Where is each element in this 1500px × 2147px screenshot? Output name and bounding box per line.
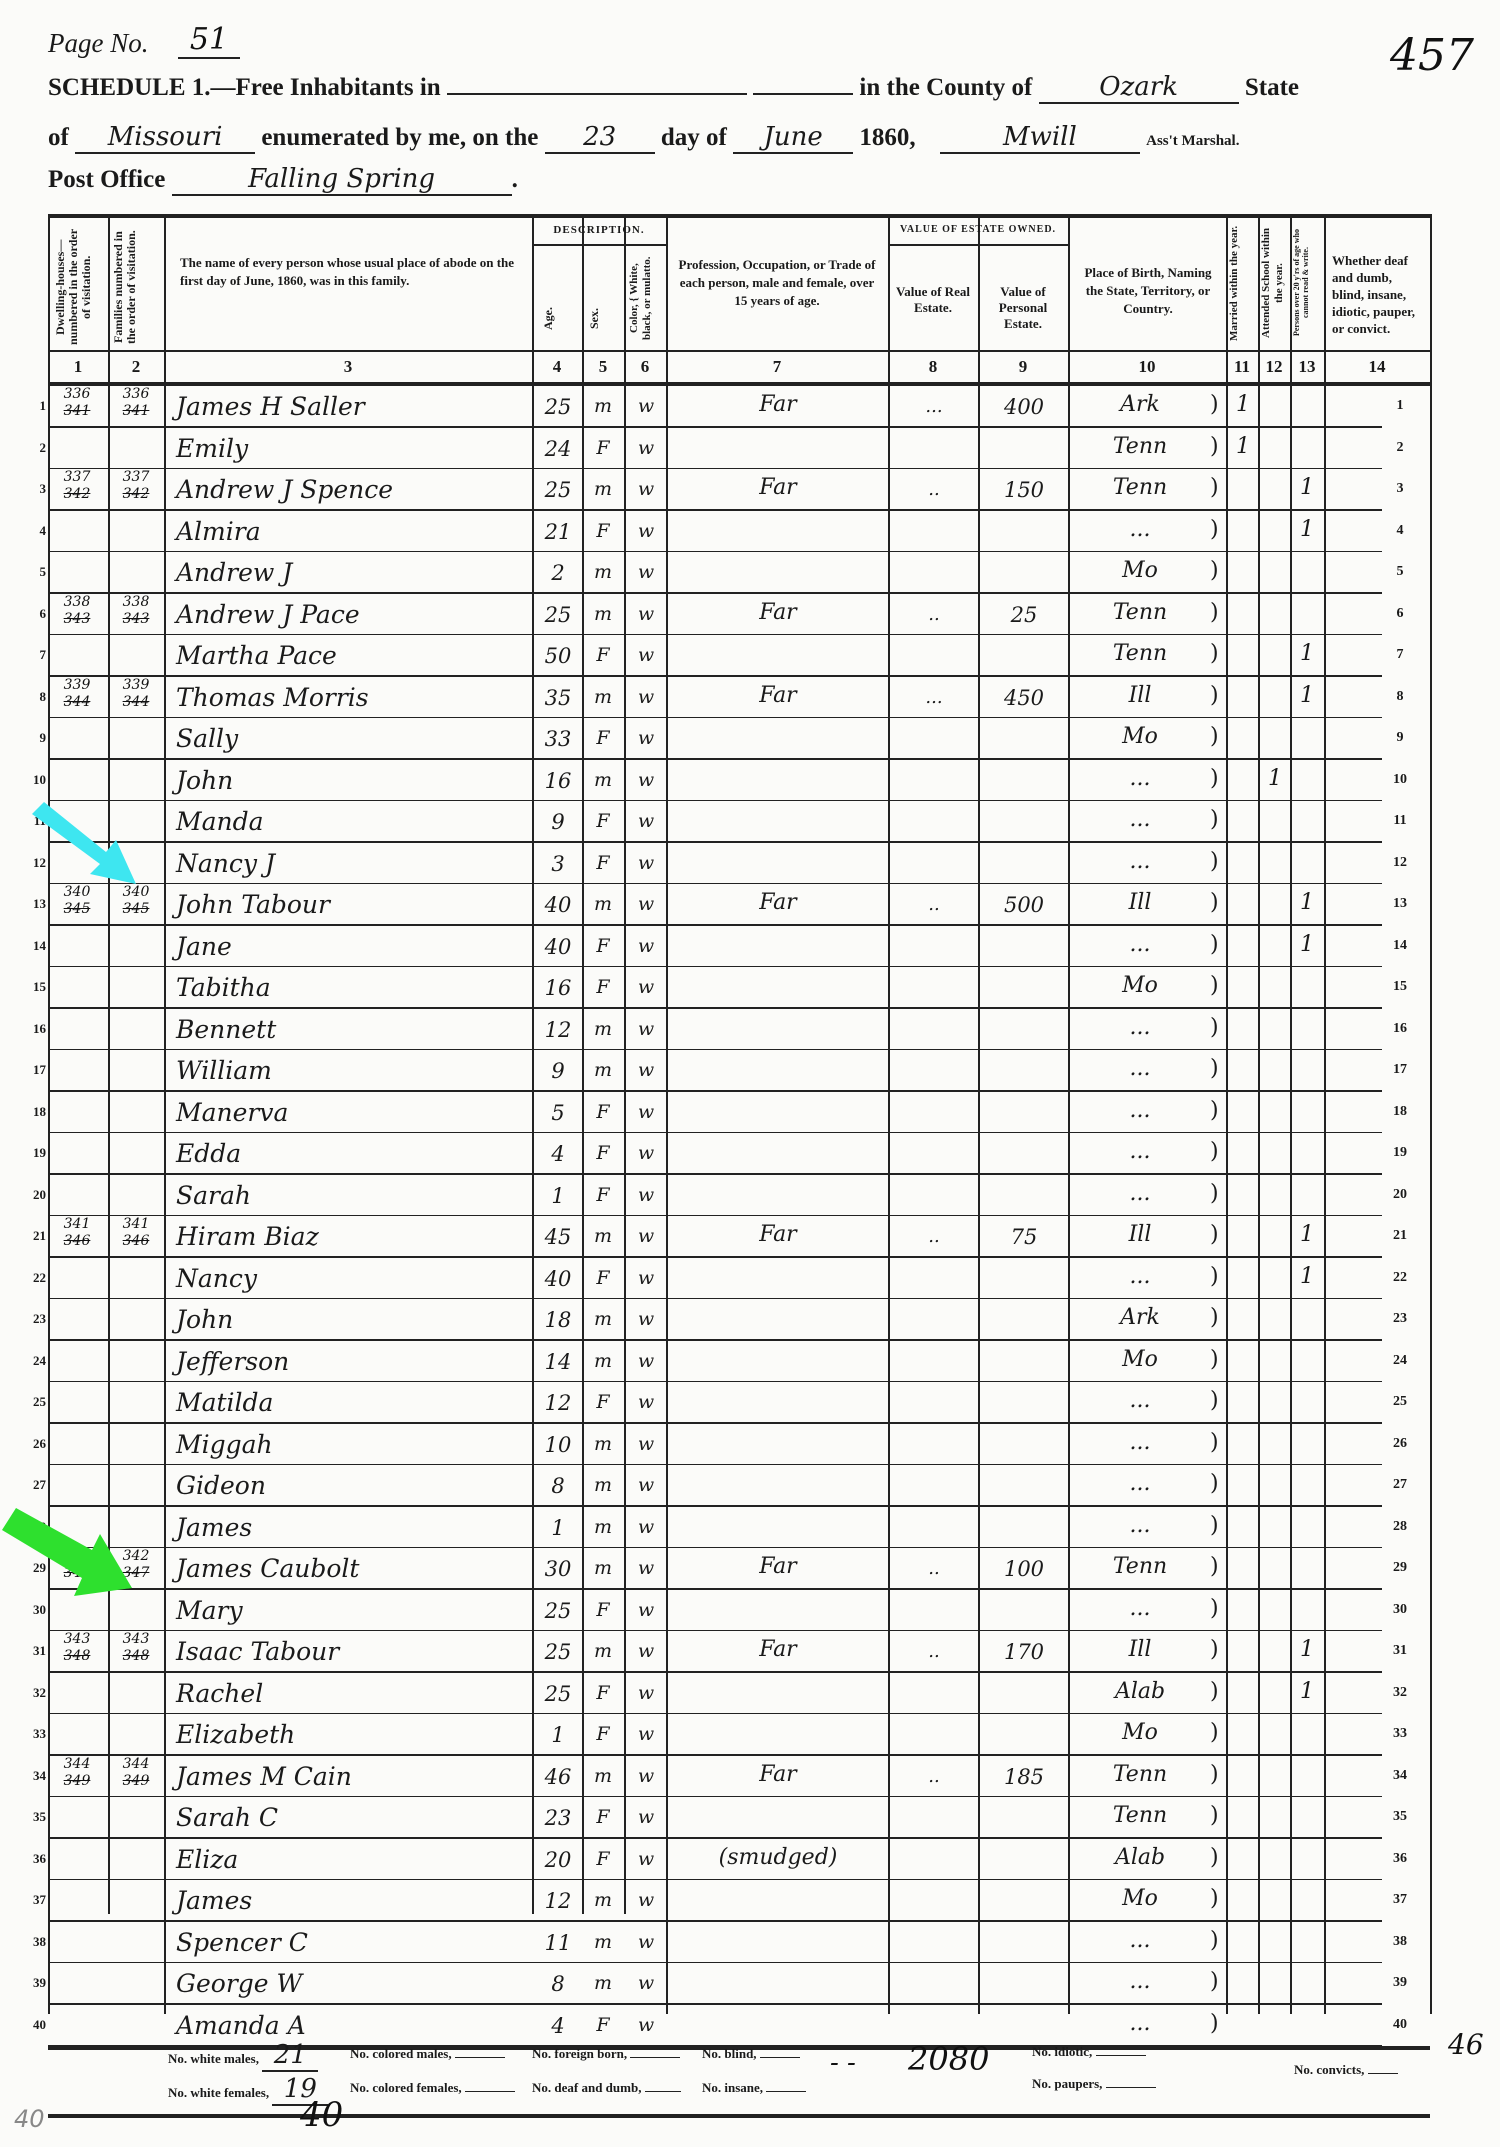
birthplace: Tenn xyxy=(1070,1803,1230,1828)
family-number xyxy=(110,967,162,984)
line-number-right: 29 xyxy=(1382,1560,1418,1576)
person-name: James H Saller xyxy=(170,392,536,421)
color: w xyxy=(626,1018,666,1040)
color: w xyxy=(626,852,666,874)
table-row: 12 Nancy J 3 F w ... ) 12 xyxy=(48,843,1430,885)
family-number xyxy=(110,1922,162,1939)
post-office-label: Post Office xyxy=(48,166,165,193)
line-number-left: 16 xyxy=(26,1021,46,1037)
birthplace: Tenn xyxy=(1070,1762,1230,1787)
color: w xyxy=(626,2014,666,2036)
margin-note-total: 40 xyxy=(300,2095,343,2135)
line-number-right: 33 xyxy=(1382,1726,1418,1742)
dwelling-number xyxy=(48,1673,106,1690)
age: 50 xyxy=(536,644,580,668)
dwelling-number: 338343 xyxy=(48,594,106,628)
col-number: 8 xyxy=(888,357,978,377)
sex: F xyxy=(584,437,622,459)
birthplace: Tenn xyxy=(1070,641,1230,666)
brace-mark: ) xyxy=(1210,434,1224,459)
line-number-right: 32 xyxy=(1382,1685,1418,1701)
col-number: 11 xyxy=(1226,357,1258,377)
sex: m xyxy=(584,1640,622,1662)
brace-mark: ) xyxy=(1210,1969,1224,1994)
sex: F xyxy=(584,1142,622,1164)
dwelling-number xyxy=(48,1465,106,1482)
person-name: Thomas Morris xyxy=(170,683,536,712)
line-number-right: 14 xyxy=(1382,938,1418,954)
table-row: 23 John 18 m w Ark ) 23 xyxy=(48,1299,1430,1341)
real-estate-value: .. xyxy=(890,1641,978,1662)
family-number xyxy=(110,511,162,528)
family-number: 343348 xyxy=(110,1631,162,1665)
col-number: 3 xyxy=(164,357,532,377)
sex: F xyxy=(584,852,622,874)
sex: F xyxy=(584,1723,622,1745)
white-males-label: No. white males, xyxy=(168,2051,259,2066)
age: 25 xyxy=(536,395,580,419)
color: w xyxy=(626,1931,666,1953)
col-14-header: Whether deaf and dumb, blind, insane, id… xyxy=(1332,252,1424,337)
person-name: James Caubolt xyxy=(170,1554,536,1583)
page-number: 51 xyxy=(178,22,240,59)
age: 40 xyxy=(536,1267,580,1291)
line-number-right: 22 xyxy=(1382,1270,1418,1286)
family-number xyxy=(110,1382,162,1399)
person-name: Almira xyxy=(170,517,536,546)
family-number xyxy=(110,1839,162,1856)
line-number-right: 24 xyxy=(1382,1353,1418,1369)
age: 12 xyxy=(536,1018,580,1042)
personal-estate-value: 400 xyxy=(980,395,1068,419)
table-row: 13 340345 340345 John Tabour 40 m w Far … xyxy=(48,884,1430,926)
person-name: Manda xyxy=(170,807,536,836)
personal-estate-value: 185 xyxy=(980,1765,1068,1789)
family-number xyxy=(110,1133,162,1150)
cannot-read-mark: 1 xyxy=(1292,1222,1322,1247)
person-name: Rachel xyxy=(170,1679,536,1708)
table-row: 14 Jane 40 F w ... ) 1 14 xyxy=(48,926,1430,968)
col-9-header: Value of Personal Estate. xyxy=(982,284,1064,332)
sex: m xyxy=(584,1889,622,1911)
line-number-right: 26 xyxy=(1382,1436,1418,1452)
person-name: Eliza xyxy=(170,1845,536,1874)
col-8-header: Value of Real Estate. xyxy=(892,284,974,316)
table-row: 19 Edda 4 F w ... ) 19 xyxy=(48,1133,1430,1175)
dwelling-number xyxy=(48,1797,106,1814)
table-row: 33 Elizabeth 1 F w Mo ) 33 xyxy=(48,1714,1430,1756)
dwelling-number: 336341 xyxy=(48,386,106,420)
line-number-left: 20 xyxy=(26,1187,46,1203)
dwelling-number xyxy=(48,1839,106,1856)
cannot-read-mark: 1 xyxy=(1292,1637,1322,1662)
dwelling-number xyxy=(48,1175,106,1192)
color: w xyxy=(626,561,666,583)
brace-mark: ) xyxy=(1210,1886,1224,1911)
post-office-line: Post Office Falling Spring. xyxy=(48,164,518,196)
brace-mark: ) xyxy=(1210,1720,1224,1745)
person-name: James xyxy=(170,1886,536,1915)
cyan-arrow-icon xyxy=(28,800,148,890)
color: w xyxy=(626,1972,666,1994)
color: w xyxy=(626,1765,666,1787)
line-number-left: 6 xyxy=(26,606,46,622)
line-number-left: 24 xyxy=(26,1353,46,1369)
line-number-right: 18 xyxy=(1382,1104,1418,1120)
line-number-left: 23 xyxy=(26,1311,46,1327)
table-row: 28 James 1 m w ... ) 28 xyxy=(48,1507,1430,1549)
age: 1 xyxy=(536,1516,580,1540)
color: w xyxy=(626,893,666,915)
dwelling-number xyxy=(48,1880,106,1897)
birthplace: ... xyxy=(1070,1969,1230,1994)
birthplace: ... xyxy=(1070,1471,1230,1496)
dwelling-number xyxy=(48,967,106,984)
line-number-left: 34 xyxy=(26,1768,46,1784)
birthplace: Ill xyxy=(1070,1222,1230,1247)
real-estate-value: .. xyxy=(890,1766,978,1787)
table-row: 6 338343 338343 Andrew J Pace 25 m w Far… xyxy=(48,594,1430,636)
occupation: Far xyxy=(668,683,888,708)
line-number-right: 4 xyxy=(1382,523,1418,539)
dwelling-number: 339344 xyxy=(48,677,106,711)
birthplace: Tenn xyxy=(1070,475,1230,500)
census-table: Dwelling-houses—numbered in the order of… xyxy=(48,214,1430,2014)
birthplace: ... xyxy=(1070,1513,1230,1538)
color: w xyxy=(626,727,666,749)
person-name: Edda xyxy=(170,1139,536,1168)
col-number: 10 xyxy=(1068,357,1226,377)
brace-mark: ) xyxy=(1210,849,1224,874)
family-number: 339344 xyxy=(110,677,162,711)
line-number-left: 7 xyxy=(26,647,46,663)
color: w xyxy=(626,769,666,791)
age: 45 xyxy=(536,1225,580,1249)
color: w xyxy=(626,437,666,459)
line-number-right: 8 xyxy=(1382,689,1418,705)
line-number-right: 17 xyxy=(1382,1062,1418,1078)
white-females-label: No. white females, xyxy=(168,2085,269,2100)
brace-mark: ) xyxy=(1210,1181,1224,1206)
sex: m xyxy=(584,686,622,708)
sex: F xyxy=(584,1101,622,1123)
age: 9 xyxy=(536,1059,580,1083)
age: 24 xyxy=(536,437,580,461)
age: 23 xyxy=(536,1806,580,1830)
dwelling-number xyxy=(48,1050,106,1067)
color: w xyxy=(626,1516,666,1538)
sex: m xyxy=(584,1931,622,1953)
birthplace: Mo xyxy=(1070,1886,1230,1911)
table-row: 11 Manda 9 F w ... ) 11 xyxy=(48,801,1430,843)
birthplace: Tenn xyxy=(1070,1554,1230,1579)
person-name: Sally xyxy=(170,724,536,753)
brace-mark: ) xyxy=(1210,558,1224,583)
person-name: Tabitha xyxy=(170,973,536,1002)
family-number: 336341 xyxy=(110,386,162,420)
person-name: James xyxy=(170,1513,536,1542)
line-number-left: 1 xyxy=(26,398,46,414)
occupation: Far xyxy=(668,475,888,500)
brace-mark: ) xyxy=(1210,932,1224,957)
family-number xyxy=(110,552,162,569)
dwelling-number xyxy=(48,1382,106,1399)
line-number-left: 31 xyxy=(26,1643,46,1659)
color: w xyxy=(626,478,666,500)
age: 12 xyxy=(536,1889,580,1913)
brace-mark: ) xyxy=(1210,1430,1224,1455)
sex: F xyxy=(584,1267,622,1289)
personal-estate-total: 2080 xyxy=(908,2040,989,2078)
summary-paupers: No. paupers, xyxy=(1032,2076,1156,2092)
table-row: 16 Bennett 12 m w ... ) 16 xyxy=(48,1009,1430,1051)
birthplace: Mo xyxy=(1070,724,1230,749)
dwelling-number xyxy=(48,1258,106,1275)
line-number-right: 20 xyxy=(1382,1187,1418,1203)
line-number-right: 31 xyxy=(1382,1643,1418,1659)
color: w xyxy=(626,976,666,998)
line-number-right: 10 xyxy=(1382,772,1418,788)
real-estate-value: .. xyxy=(890,479,978,500)
person-name: Isaac Tabour xyxy=(170,1637,536,1666)
sex: F xyxy=(584,1599,622,1621)
color: w xyxy=(626,1474,666,1496)
brace-mark: ) xyxy=(1210,1513,1224,1538)
line-number-right: 27 xyxy=(1382,1477,1418,1493)
col-12-header: Attended School within the year. xyxy=(1260,220,1288,346)
birthplace: Ark xyxy=(1070,392,1230,417)
summary-colored-females: No. colored females, xyxy=(350,2080,515,2096)
real-estate-value: .. xyxy=(890,1226,978,1247)
summary-foreign-born: No. foreign born, xyxy=(532,2046,680,2062)
cannot-read-mark: 1 xyxy=(1292,641,1322,666)
description-header: Description. xyxy=(532,222,666,238)
sex: m xyxy=(584,1557,622,1579)
cannot-read-mark: 1 xyxy=(1292,475,1322,500)
personal-estate-value: 500 xyxy=(980,893,1068,917)
brace-mark: ) xyxy=(1210,641,1224,666)
line-number-left: 32 xyxy=(26,1685,46,1701)
color: w xyxy=(626,1599,666,1621)
sex: m xyxy=(584,1433,622,1455)
color: w xyxy=(626,1184,666,1206)
table-row: 36 Eliza 20 F w (smudged) Alab ) 36 xyxy=(48,1839,1430,1881)
birthplace: ... xyxy=(1070,1056,1230,1081)
family-number xyxy=(110,1797,162,1814)
table-row: 38 Spencer C 11 m w ... ) 38 xyxy=(48,1922,1430,1964)
brace-mark: ) xyxy=(1210,1637,1224,1662)
birthplace: Ill xyxy=(1070,1637,1230,1662)
line-number-left: 5 xyxy=(26,564,46,580)
table-row: 39 George W 8 m w ... ) 39 xyxy=(48,1963,1430,2005)
sex: m xyxy=(584,1765,622,1787)
line-number-right: 2 xyxy=(1382,440,1418,456)
table-row: 34 344349 344349 James M Cain 46 m w Far… xyxy=(48,1756,1430,1798)
col-7-header: Profession, Occupation, or Trade of each… xyxy=(674,256,880,310)
age: 8 xyxy=(536,1972,580,1996)
estate-header: Value of Estate Owned. xyxy=(888,222,1068,238)
married-mark: 1 xyxy=(1228,434,1258,459)
dwelling-number xyxy=(48,428,106,445)
table-row: 37 James 12 m w Mo ) 37 xyxy=(48,1880,1430,1922)
family-number xyxy=(110,1424,162,1441)
occupation: Far xyxy=(668,890,888,915)
birthplace: ... xyxy=(1070,1388,1230,1413)
table-row: 10 John 16 m w ... ) 1 10 xyxy=(48,760,1430,802)
person-name: Martha Pace xyxy=(170,641,536,670)
col-1-header: Dwelling-houses—numbered in the order of… xyxy=(54,228,102,346)
table-row: 7 Martha Pace 50 F w Tenn ) 1 7 xyxy=(48,635,1430,677)
color: w xyxy=(626,1308,666,1330)
age: 25 xyxy=(536,603,580,627)
brace-mark: ) xyxy=(1210,1347,1224,1372)
age: 1 xyxy=(536,1723,580,1747)
page-number-label: Page No. xyxy=(48,28,149,59)
real-estate-value: ... xyxy=(890,396,978,417)
birthplace: ... xyxy=(1070,517,1230,542)
line-number-left: 18 xyxy=(26,1104,46,1120)
line-number-right: 35 xyxy=(1382,1809,1418,1825)
brace-mark: ) xyxy=(1210,973,1224,998)
month-value: June xyxy=(733,122,853,154)
col-5-header: Sex. xyxy=(588,294,618,344)
married-mark: 1 xyxy=(1228,392,1258,417)
line-number-left: 4 xyxy=(26,523,46,539)
line-number-left: 10 xyxy=(26,772,46,788)
line-number-left: 9 xyxy=(26,730,46,746)
birthplace: Ark xyxy=(1070,1305,1230,1330)
line-number-left: 3 xyxy=(26,481,46,497)
birthplace: ... xyxy=(1070,932,1230,957)
brace-mark: ) xyxy=(1210,890,1224,915)
line-number-right: 19 xyxy=(1382,1145,1418,1161)
sex: F xyxy=(584,1391,622,1413)
brace-mark: ) xyxy=(1210,517,1224,542)
person-name: Andrew J Pace xyxy=(170,600,536,629)
table-row: 32 Rachel 25 F w Alab ) 1 32 xyxy=(48,1673,1430,1715)
line-number-right: 38 xyxy=(1382,1934,1418,1950)
birthplace: ... xyxy=(1070,2011,1230,2036)
personal-estate-value: 100 xyxy=(980,1557,1068,1581)
age: 8 xyxy=(536,1474,580,1498)
person-name: Matilda xyxy=(170,1388,536,1417)
birthplace: Mo xyxy=(1070,1720,1230,1745)
personal-estate-value: 450 xyxy=(980,686,1068,710)
age: 25 xyxy=(536,478,580,502)
person-name: Bennett xyxy=(170,1015,536,1044)
birthplace: ... xyxy=(1070,849,1230,874)
age: 46 xyxy=(536,1765,580,1789)
dwelling-number: 341346 xyxy=(48,1216,106,1250)
cannot-read-mark: 1 xyxy=(1292,1679,1322,1704)
occupation: (smudged) xyxy=(668,1845,888,1870)
sex: m xyxy=(584,1516,622,1538)
age: 18 xyxy=(536,1308,580,1332)
person-name: Jane xyxy=(170,932,536,961)
table-row: 21 341346 341346 Hiram Biaz 45 m w Far .… xyxy=(48,1216,1430,1258)
col-3-header: The name of every person whose usual pla… xyxy=(172,254,532,290)
age: 3 xyxy=(536,852,580,876)
line-number-right: 3 xyxy=(1382,481,1418,497)
line-number-right: 21 xyxy=(1382,1228,1418,1244)
family-number xyxy=(110,1465,162,1482)
sex: F xyxy=(584,1184,622,1206)
occupation: Far xyxy=(668,1637,888,1662)
color: w xyxy=(626,1723,666,1745)
sex: F xyxy=(584,520,622,542)
person-name: Nancy xyxy=(170,1264,536,1293)
person-name: Hiram Biaz xyxy=(170,1222,536,1251)
family-number xyxy=(110,1050,162,1067)
table-row: 29 342347 342347 James Caubolt 30 m w Fa… xyxy=(48,1548,1430,1590)
day-of-label: day of xyxy=(661,124,727,151)
table-row: 31 343348 343348 Isaac Tabour 25 m w Far… xyxy=(48,1631,1430,1673)
color: w xyxy=(626,1682,666,1704)
personal-estate-value: 25 xyxy=(980,603,1068,627)
line-number-left: 33 xyxy=(26,1726,46,1742)
color: w xyxy=(626,935,666,957)
dwelling-number xyxy=(48,511,106,528)
summary-convicts: No. convicts, xyxy=(1294,2062,1398,2078)
dwelling-number: 337342 xyxy=(48,469,106,503)
line-number-left: 15 xyxy=(26,979,46,995)
birthplace: Mo xyxy=(1070,973,1230,998)
line-number-right: 36 xyxy=(1382,1851,1418,1867)
age: 4 xyxy=(536,2014,580,2038)
birthplace: Ill xyxy=(1070,890,1230,915)
line-number-right: 37 xyxy=(1382,1892,1418,1908)
line-number-right: 30 xyxy=(1382,1602,1418,1618)
real-estate-value: .. xyxy=(890,1558,978,1579)
age: 4 xyxy=(536,1142,580,1166)
brace-mark: ) xyxy=(1210,2011,1224,2036)
line-number-left: 27 xyxy=(26,1477,46,1493)
table-row: 20 Sarah 1 F w ... ) 20 xyxy=(48,1175,1430,1217)
color: w xyxy=(626,810,666,832)
color: w xyxy=(626,1225,666,1247)
color: w xyxy=(626,1267,666,1289)
state-label: State xyxy=(1245,74,1299,101)
age: 25 xyxy=(536,1682,580,1706)
day-value: 23 xyxy=(545,122,655,154)
line-number-right: 28 xyxy=(1382,1519,1418,1535)
table-row: 5 Andrew J 2 m w Mo ) 5 xyxy=(48,552,1430,594)
enumerated-label: enumerated by me, on the xyxy=(261,124,538,151)
person-name: John xyxy=(170,1305,536,1334)
sex: F xyxy=(584,1848,622,1870)
birthplace: Tenn xyxy=(1070,600,1230,625)
col-11-header: Married within the year. xyxy=(1228,220,1256,346)
dwelling-number xyxy=(48,718,106,735)
col-10-header: Place of Birth, Naming the State, Territ… xyxy=(1078,264,1218,318)
occupation: Far xyxy=(668,600,888,625)
brace-mark: ) xyxy=(1210,1222,1224,1247)
family-number: 344349 xyxy=(110,1756,162,1790)
birthplace: Mo xyxy=(1070,1347,1230,1372)
line-number-left: 19 xyxy=(26,1145,46,1161)
line-number-right: 13 xyxy=(1382,896,1418,912)
cannot-read-mark: 1 xyxy=(1292,932,1322,957)
age: 35 xyxy=(536,686,580,710)
table-row: 35 Sarah C 23 F w Tenn ) 35 xyxy=(48,1797,1430,1839)
person-name: Elizabeth xyxy=(170,1720,536,1749)
sex: m xyxy=(584,1225,622,1247)
dwelling-number: 344349 xyxy=(48,1756,106,1790)
sex: m xyxy=(584,1474,622,1496)
person-name: Nancy J xyxy=(170,849,536,878)
sex: F xyxy=(584,976,622,998)
family-number xyxy=(110,1299,162,1316)
